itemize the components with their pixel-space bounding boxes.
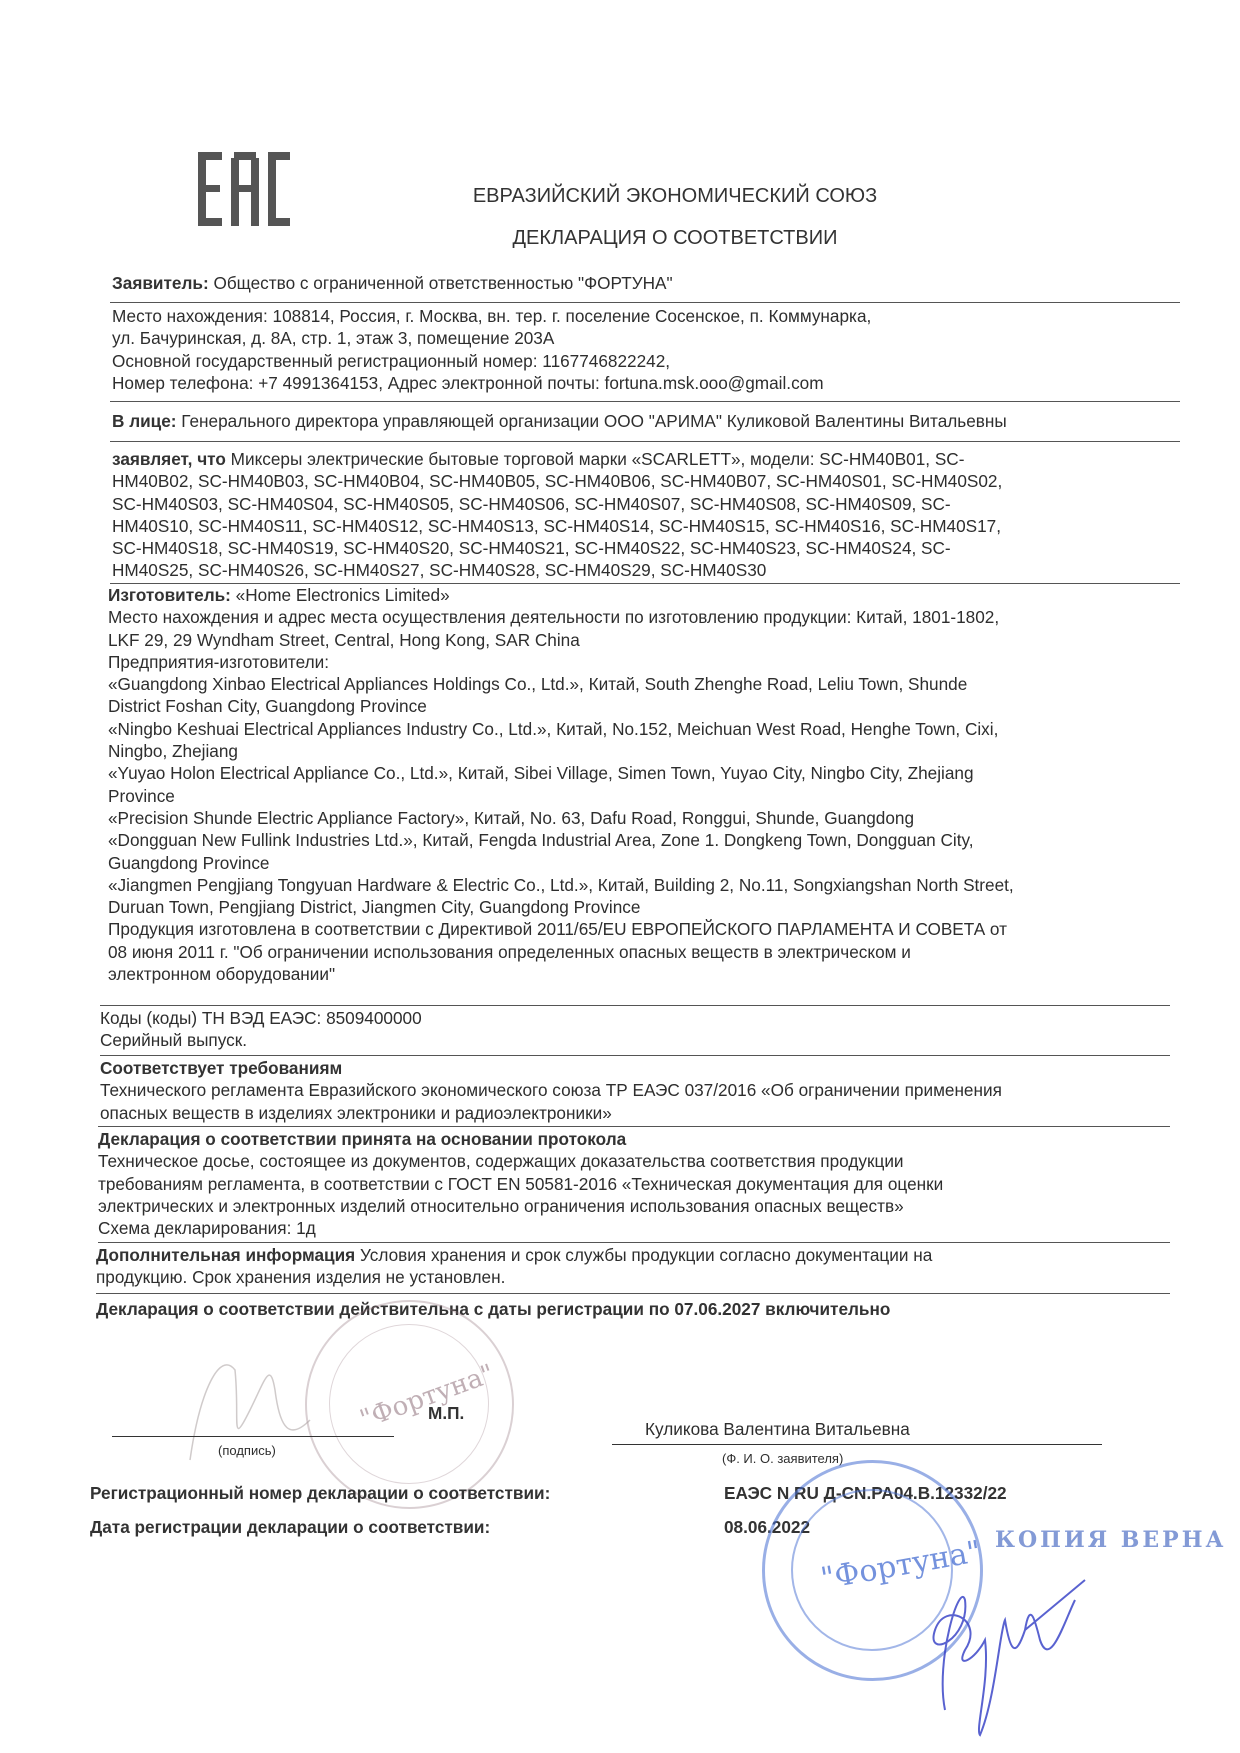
additional-block: Дополнительная информация Условия хранен…	[96, 1244, 932, 1289]
regulation-line: опасных веществ в изделиях электроники и…	[100, 1102, 1002, 1124]
union-title: ЕВРАЗИЙСКИЙ ЭКОНОМИЧЕСКИЙ СОЮЗ	[0, 185, 1240, 208]
divider	[110, 302, 1180, 303]
signature-caption: (подпись)	[218, 1440, 276, 1462]
basis-line: Техническое досье, состоящее из документ…	[98, 1150, 943, 1172]
manufacturer-line: LKF 29, 29 Wyndham Street, Central, Hong…	[108, 629, 1014, 651]
manufacturer-value: «Home Electronics Limited»	[231, 585, 450, 605]
represented-row: В лице: Генерального директора управляющ…	[112, 410, 1007, 432]
declares-block: заявляет, что Миксеры электрические быто…	[112, 448, 1002, 582]
manufacturer-line: Duruan Town, Pengjiang District, Jiangme…	[108, 896, 1014, 918]
declares-label: заявляет, что	[112, 449, 226, 469]
applicant-value: Общество с ограниченной ответственностью…	[209, 273, 673, 293]
address-line: Место нахождения: 108814, Россия, г. Мос…	[112, 305, 871, 327]
manufacturer-line: Предприятия-изготовители:	[108, 651, 1014, 673]
models-line: HM40S25, SC-HM40S26, SC-HM40S27, SC-HM40…	[112, 559, 1002, 581]
ogrn-line: Основной государственный регистрационный…	[112, 350, 871, 372]
manufacturer-line: Продукция изготовлена в соответствии с Д…	[108, 918, 1014, 940]
basis-block: Декларация о соответствии принята на осн…	[98, 1128, 943, 1239]
manufacturer-line: Ningbo, Zhejiang	[108, 740, 1014, 762]
manufacturer-block: Изготовитель: «Home Electronics Limited»…	[108, 584, 1014, 985]
regulation-line: Технического регламента Евразийского эко…	[100, 1079, 1002, 1101]
models-line: SC-HM40S18, SC-HM40S19, SC-HM40S20, SC-H…	[112, 537, 1002, 559]
registration-number-label: Регистрационный номер декларации о соотв…	[90, 1482, 550, 1504]
seal-place-label: М.П.	[428, 1402, 464, 1424]
validity-text: Декларация о соответствии действительна …	[96, 1298, 890, 1320]
codes-block: Коды (коды) ТН ВЭД ЕАЭС: 8509400000 Сери…	[100, 1007, 422, 1052]
conformity-label: Соответствует требованиям	[100, 1057, 1002, 1079]
manufacturer-line: Guangdong Province	[108, 852, 1014, 874]
manufacturer-label: Изготовитель:	[108, 585, 231, 605]
represented-value: Генерального директора управляющей орган…	[177, 411, 1007, 431]
manufacturer-line: «Precision Shunde Electric Appliance Fac…	[108, 807, 1014, 829]
conformity-block: Соответствует требованиям Технического р…	[100, 1057, 1002, 1124]
serial-release: Серийный выпуск.	[100, 1029, 422, 1051]
divider	[96, 1293, 1170, 1294]
signature-line	[112, 1436, 394, 1437]
additional-text: продукцию. Срок хранения изделия не уста…	[96, 1266, 932, 1288]
divider	[110, 441, 1180, 442]
basis-label: Декларация о соответствии принята на осн…	[98, 1128, 943, 1150]
applicant-address: Место нахождения: 108814, Россия, г. Мос…	[112, 305, 871, 394]
divider	[110, 401, 1180, 402]
models-line: HM40B02, SC-HM40B03, SC-HM40B04, SC-HM40…	[112, 470, 1002, 492]
divider	[98, 1126, 1170, 1127]
basis-line: требованиям регламента, в соответствии с…	[98, 1173, 943, 1195]
divider	[100, 1005, 1170, 1006]
models-line: SC-HM40S03, SC-HM40S04, SC-HM40S05, SC-H…	[112, 493, 1002, 515]
additional-text: Условия хранения и срок службы продукции…	[355, 1245, 932, 1265]
manufacturer-line: «Yuyao Holon Electrical Appliance Co., L…	[108, 762, 1014, 784]
manufacturer-line: District Foshan City, Guangdong Province	[108, 695, 1014, 717]
name-line	[612, 1444, 1102, 1445]
manufacturer-line: «Guangdong Xinbao Electrical Appliances …	[108, 673, 1014, 695]
address-line: ул. Бачуринская, д. 8А, стр. 1, этаж 3, …	[112, 327, 871, 349]
copy-verified-stamp: КОПИЯ ВЕРНА	[995, 1527, 1226, 1553]
represented-label: В лице:	[112, 411, 177, 431]
manufacturer-line: электронном оборудовании"	[108, 963, 1014, 985]
scheme-line: Схема декларирования: 1д	[98, 1217, 943, 1239]
manufacturer-line: «Dongguan New Fullink Industries Ltd.», …	[108, 829, 1014, 851]
manufacturer-line: «Jiangmen Pengjiang Tongyuan Hardware & …	[108, 874, 1014, 896]
additional-label: Дополнительная информация	[96, 1245, 355, 1265]
product-line: Миксеры электрические бытовые торговой м…	[226, 449, 965, 469]
manufacturer-line: 08 июня 2011 г. "Об ограничении использо…	[108, 941, 1014, 963]
manufacturer-line: «Ningbo Keshuai Electrical Appliances In…	[108, 718, 1014, 740]
basis-line: электрических и электронных изделий отно…	[98, 1195, 943, 1217]
applicant-label: Заявитель:	[112, 273, 209, 293]
contact-line: Номер телефона: +7 4991364153, Адрес эле…	[112, 372, 871, 394]
document-title: ДЕКЛАРАЦИЯ О СООТВЕТСТВИИ	[0, 227, 1240, 250]
applicant-row: Заявитель: Общество с ограниченной ответ…	[112, 272, 673, 294]
name-caption: (Ф. И. О. заявителя)	[722, 1448, 843, 1470]
signature-blue-icon	[905, 1560, 1105, 1740]
registration-date-label: Дата регистрации декларации о соответств…	[90, 1516, 490, 1538]
tn-ved-code: Коды (коды) ТН ВЭД ЕАЭС: 8509400000	[100, 1007, 422, 1029]
manufacturer-line: Место нахождения и адрес места осуществл…	[108, 606, 1014, 628]
applicant-name: Куликова Валентина Витальевна	[645, 1418, 910, 1440]
manufacturer-line: Province	[108, 785, 1014, 807]
models-line: HM40S10, SC-HM40S11, SC-HM40S12, SC-HM40…	[112, 515, 1002, 537]
divider	[98, 1242, 1170, 1243]
divider	[100, 1055, 1170, 1056]
